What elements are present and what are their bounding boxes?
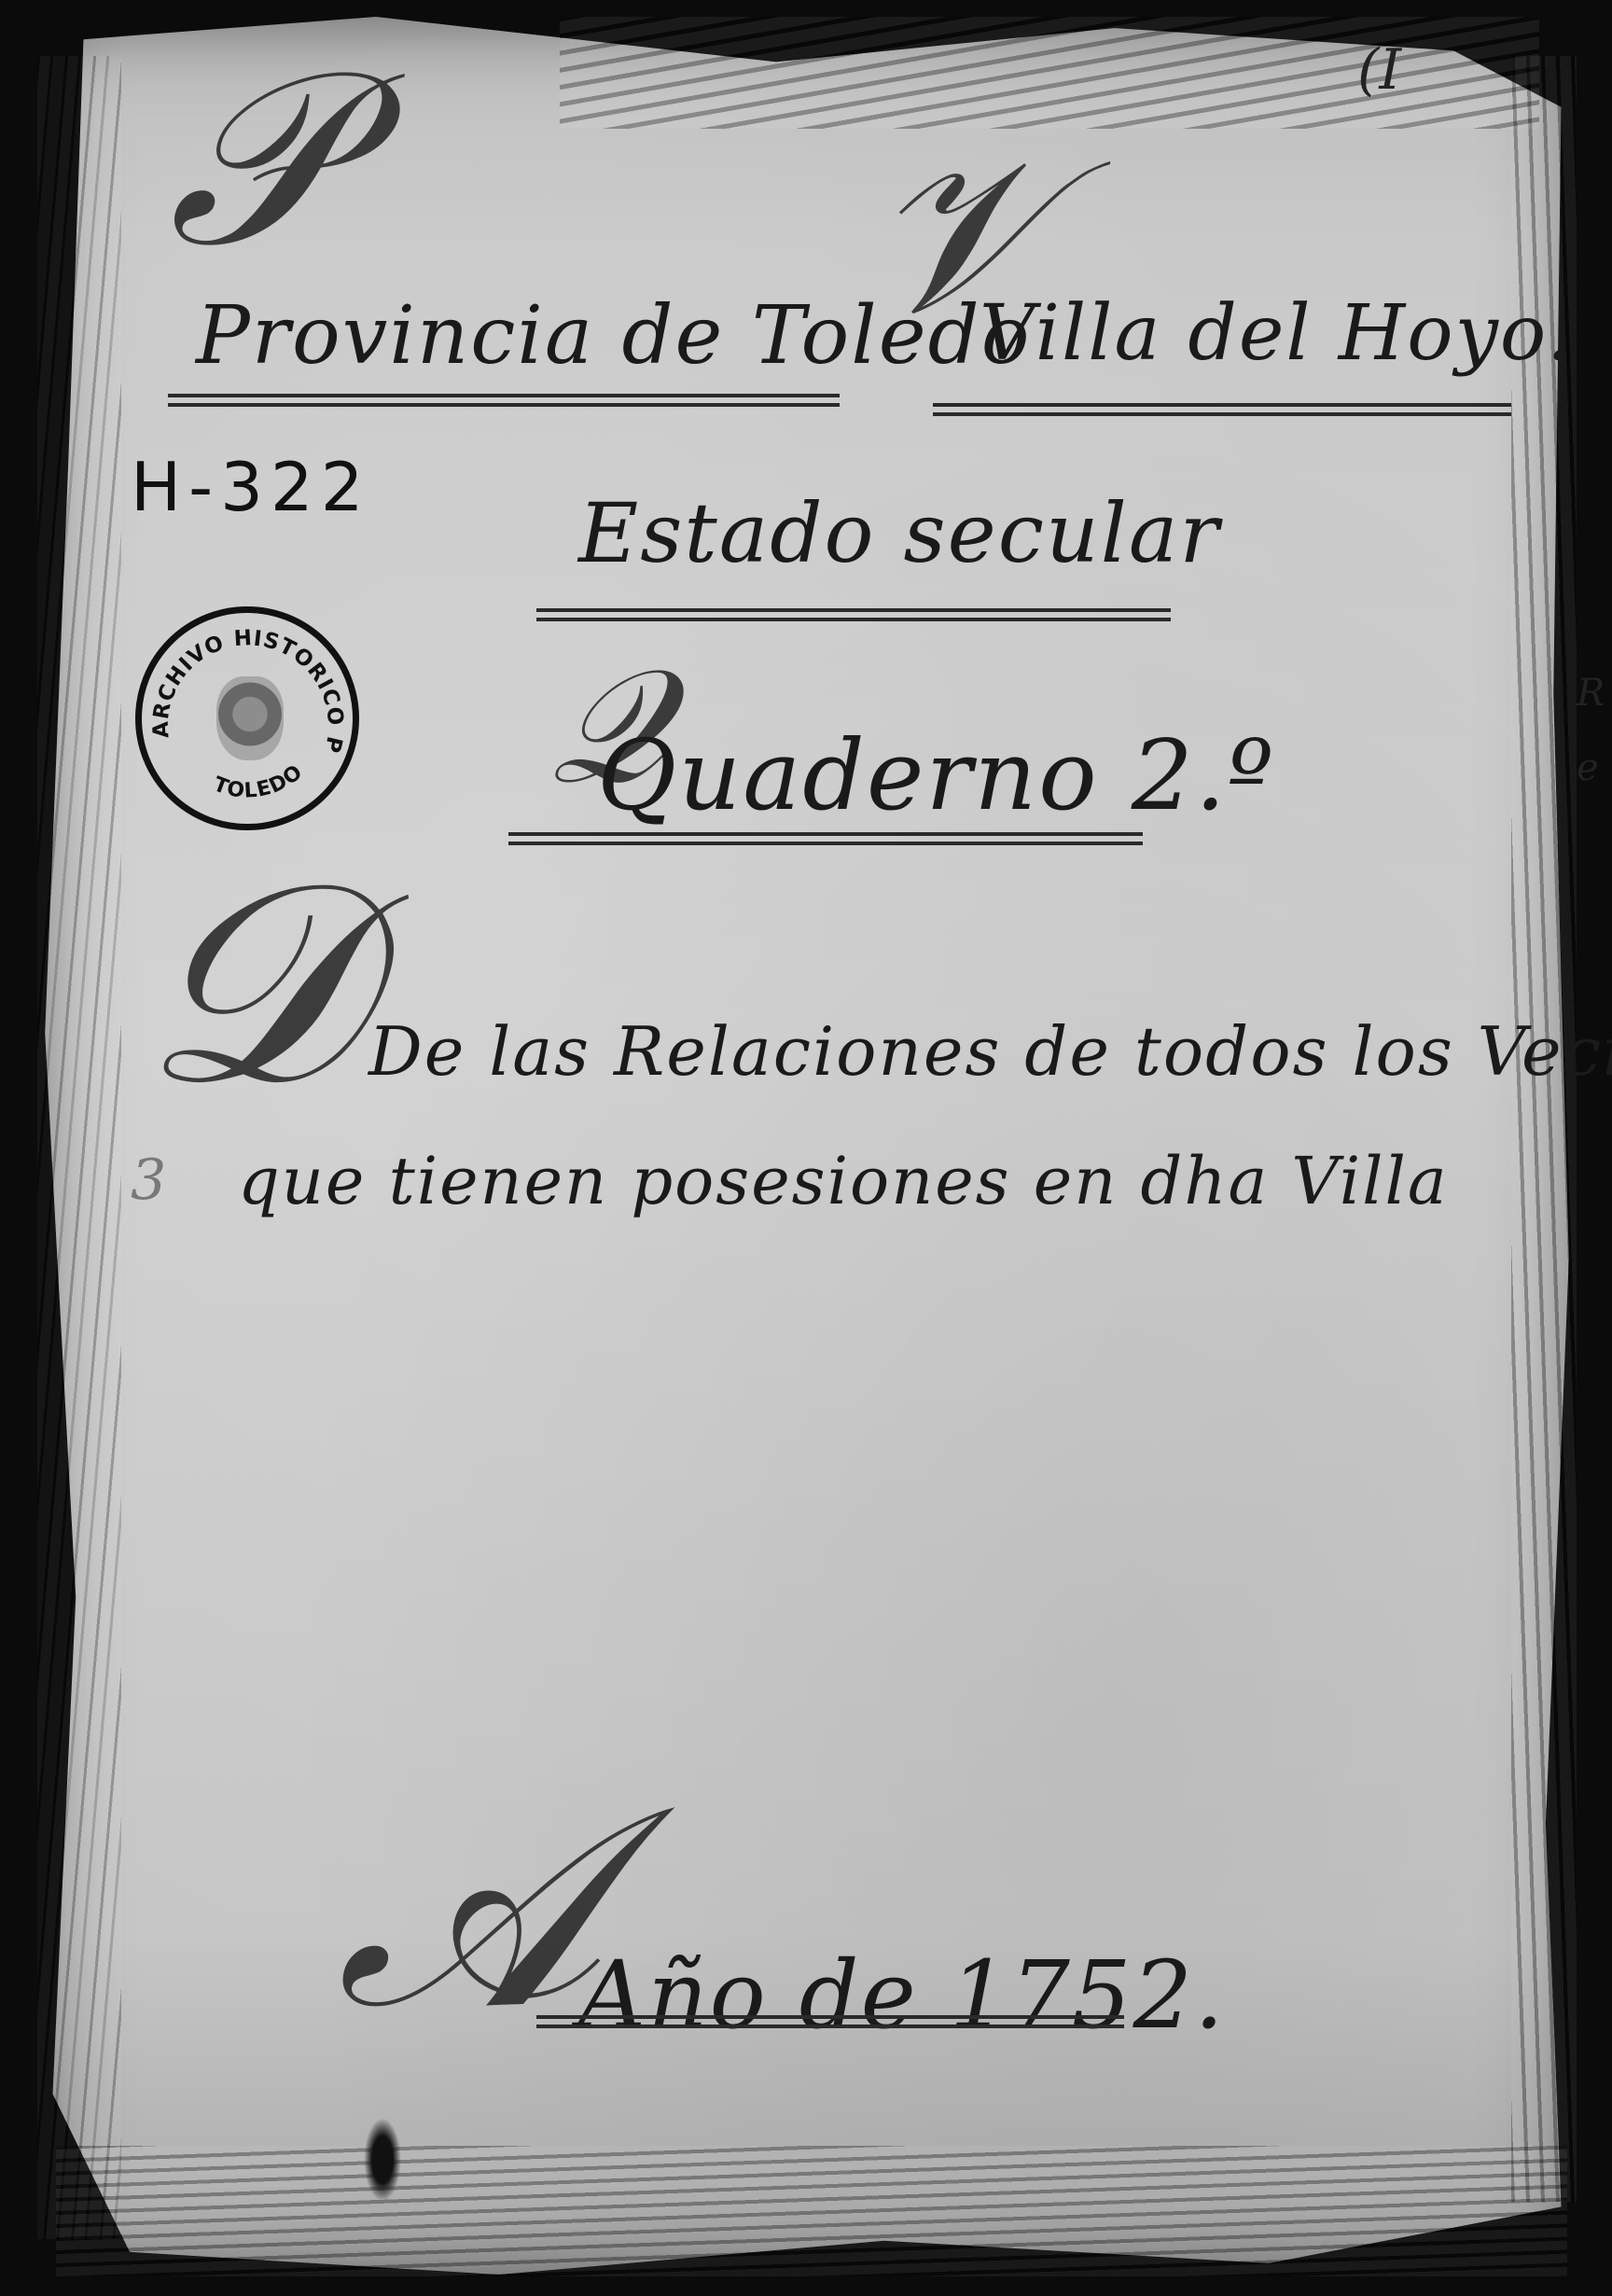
relaciones-line-1: De las Relaciones de todos los Vecinos — [368, 1012, 1612, 1091]
double-rule-year — [536, 2015, 1124, 2028]
stamp-bottom-text: TOLEDO — [210, 760, 307, 803]
right-edge-mark-2: e — [1577, 746, 1599, 789]
relaciones-line-2: que tienen posesiones en dha Villa — [238, 1143, 1449, 1219]
double-rule-estado — [536, 608, 1171, 621]
svg-text:TOLEDO: TOLEDO — [210, 760, 307, 803]
year-line: Año de 1752. — [578, 1941, 1226, 2050]
coat-of-arms-icon — [216, 676, 284, 760]
cuaderno-line: Quaderno 2.º — [597, 718, 1275, 832]
double-rule-province — [168, 394, 840, 407]
ink-smudge — [364, 2118, 401, 2202]
archive-stamp: ARCHIVO HISTORICO PROVINCIAL TOLEDO — [135, 606, 359, 830]
province-line: Provincia de Toledo — [196, 289, 1031, 383]
estado-line: Estado secular — [578, 485, 1220, 581]
double-rule-cuaderno — [508, 832, 1143, 845]
flourish-p-initial: 𝒫 — [168, 19, 342, 303]
right-edge-mark-1: R — [1577, 672, 1605, 715]
villa-line: Villa del Hoyo. — [980, 289, 1573, 378]
flourish-d-initial: 𝒟 — [140, 821, 363, 1150]
call-number: H-322 — [131, 448, 371, 526]
double-rule-villa — [933, 403, 1511, 416]
top-right-mark: (I — [1357, 37, 1401, 103]
left-edge-mark: 3 — [131, 1148, 166, 1213]
